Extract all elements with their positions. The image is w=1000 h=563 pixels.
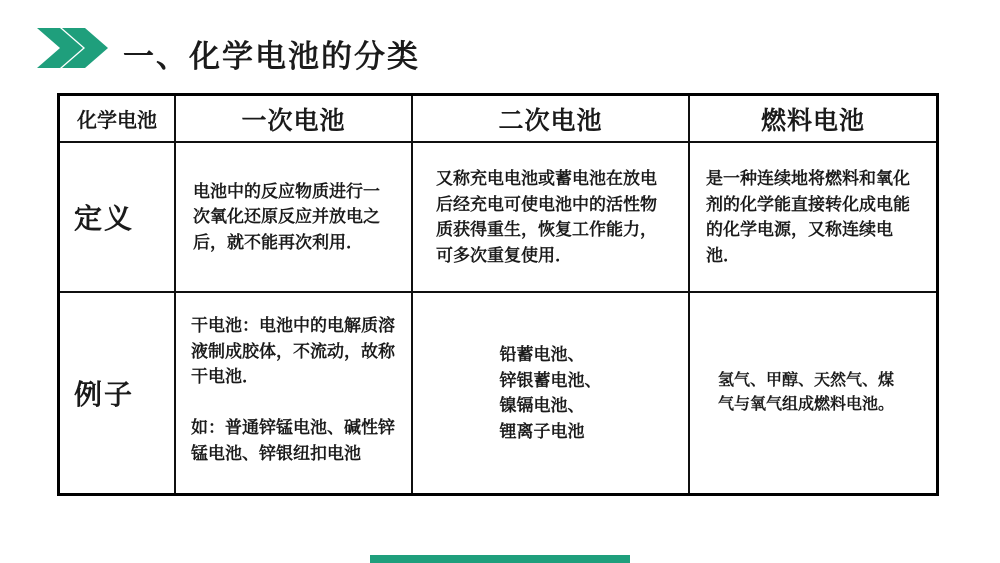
column-header-fuel-cell: 燃料电池 xyxy=(690,96,936,143)
row-label-examples: 例子 xyxy=(60,293,176,493)
column-header-label: 二次电池 xyxy=(498,101,602,137)
cell-text: 干电池：电池中的电解质溶液制成胶体，不流动，故称干电池． 如：普通锌锰电池、碱性… xyxy=(191,313,396,466)
table-cell-definition-secondary: 又称充电电池或蓄电池在放电后经充电可使电池中的活性物质获得重生，恢复工作能力，可… xyxy=(413,143,690,293)
cell-text: 氢气、甲醇、天然气、煤气与氧气组成燃料电池。 xyxy=(718,369,908,417)
cell-text: 是一种连续地将燃料和氧化剂的化学能直接转化成电能的化学电源，又称连续电池． xyxy=(706,166,920,268)
cell-text: 铅蓄电池、 锌银蓄电池、 镍镉电池、 锂离子电池 xyxy=(500,342,602,444)
table-cell-examples-secondary: 铅蓄电池、 锌银蓄电池、 镍镉电池、 锂离子电池 xyxy=(413,293,690,493)
cell-text: 又称充电电池或蓄电池在放电后经充电可使电池中的活性物质获得重生，恢复工作能力，可… xyxy=(436,166,665,268)
column-header-label: 燃料电池 xyxy=(761,101,865,137)
table-corner-header: 化学电池 xyxy=(60,96,176,143)
column-header-label: 一次电池 xyxy=(241,101,345,137)
table-cell-definition-primary: 电池中的反应物质进行一次氧化还原反应并放电之后，就不能再次利用． xyxy=(176,143,413,293)
column-header-primary-battery: 一次电池 xyxy=(176,96,413,143)
slide: 一、化学电池的分类 化学电池 一次电池 二次电池 燃料电池 定义 电池中的反应物… xyxy=(0,0,1000,563)
column-header-secondary-battery: 二次电池 xyxy=(413,96,690,143)
corner-header-label: 化学电池 xyxy=(77,104,157,133)
row-label: 定义 xyxy=(74,197,134,237)
table-cell-definition-fuel: 是一种连续地将燃料和氧化剂的化学能直接转化成电能的化学电源，又称连续电池． xyxy=(690,143,936,293)
battery-classification-table: 化学电池 一次电池 二次电池 燃料电池 定义 电池中的反应物质进行一次氧化还原反… xyxy=(57,93,939,496)
table-cell-examples-primary: 干电池：电池中的电解质溶液制成胶体，不流动，故称干电池． 如：普通锌锰电池、碱性… xyxy=(176,293,413,493)
page-title: 一、化学电池的分类 xyxy=(123,31,420,76)
table-cell-examples-fuel: 氢气、甲醇、天然气、煤气与氧气组成燃料电池。 xyxy=(690,293,936,493)
row-label-definition: 定义 xyxy=(60,143,176,293)
footer-accent-bar xyxy=(370,555,630,563)
cell-text: 电池中的反应物质进行一次氧化还原反应并放电之后，就不能再次利用． xyxy=(193,179,394,256)
row-label: 例子 xyxy=(74,373,134,413)
